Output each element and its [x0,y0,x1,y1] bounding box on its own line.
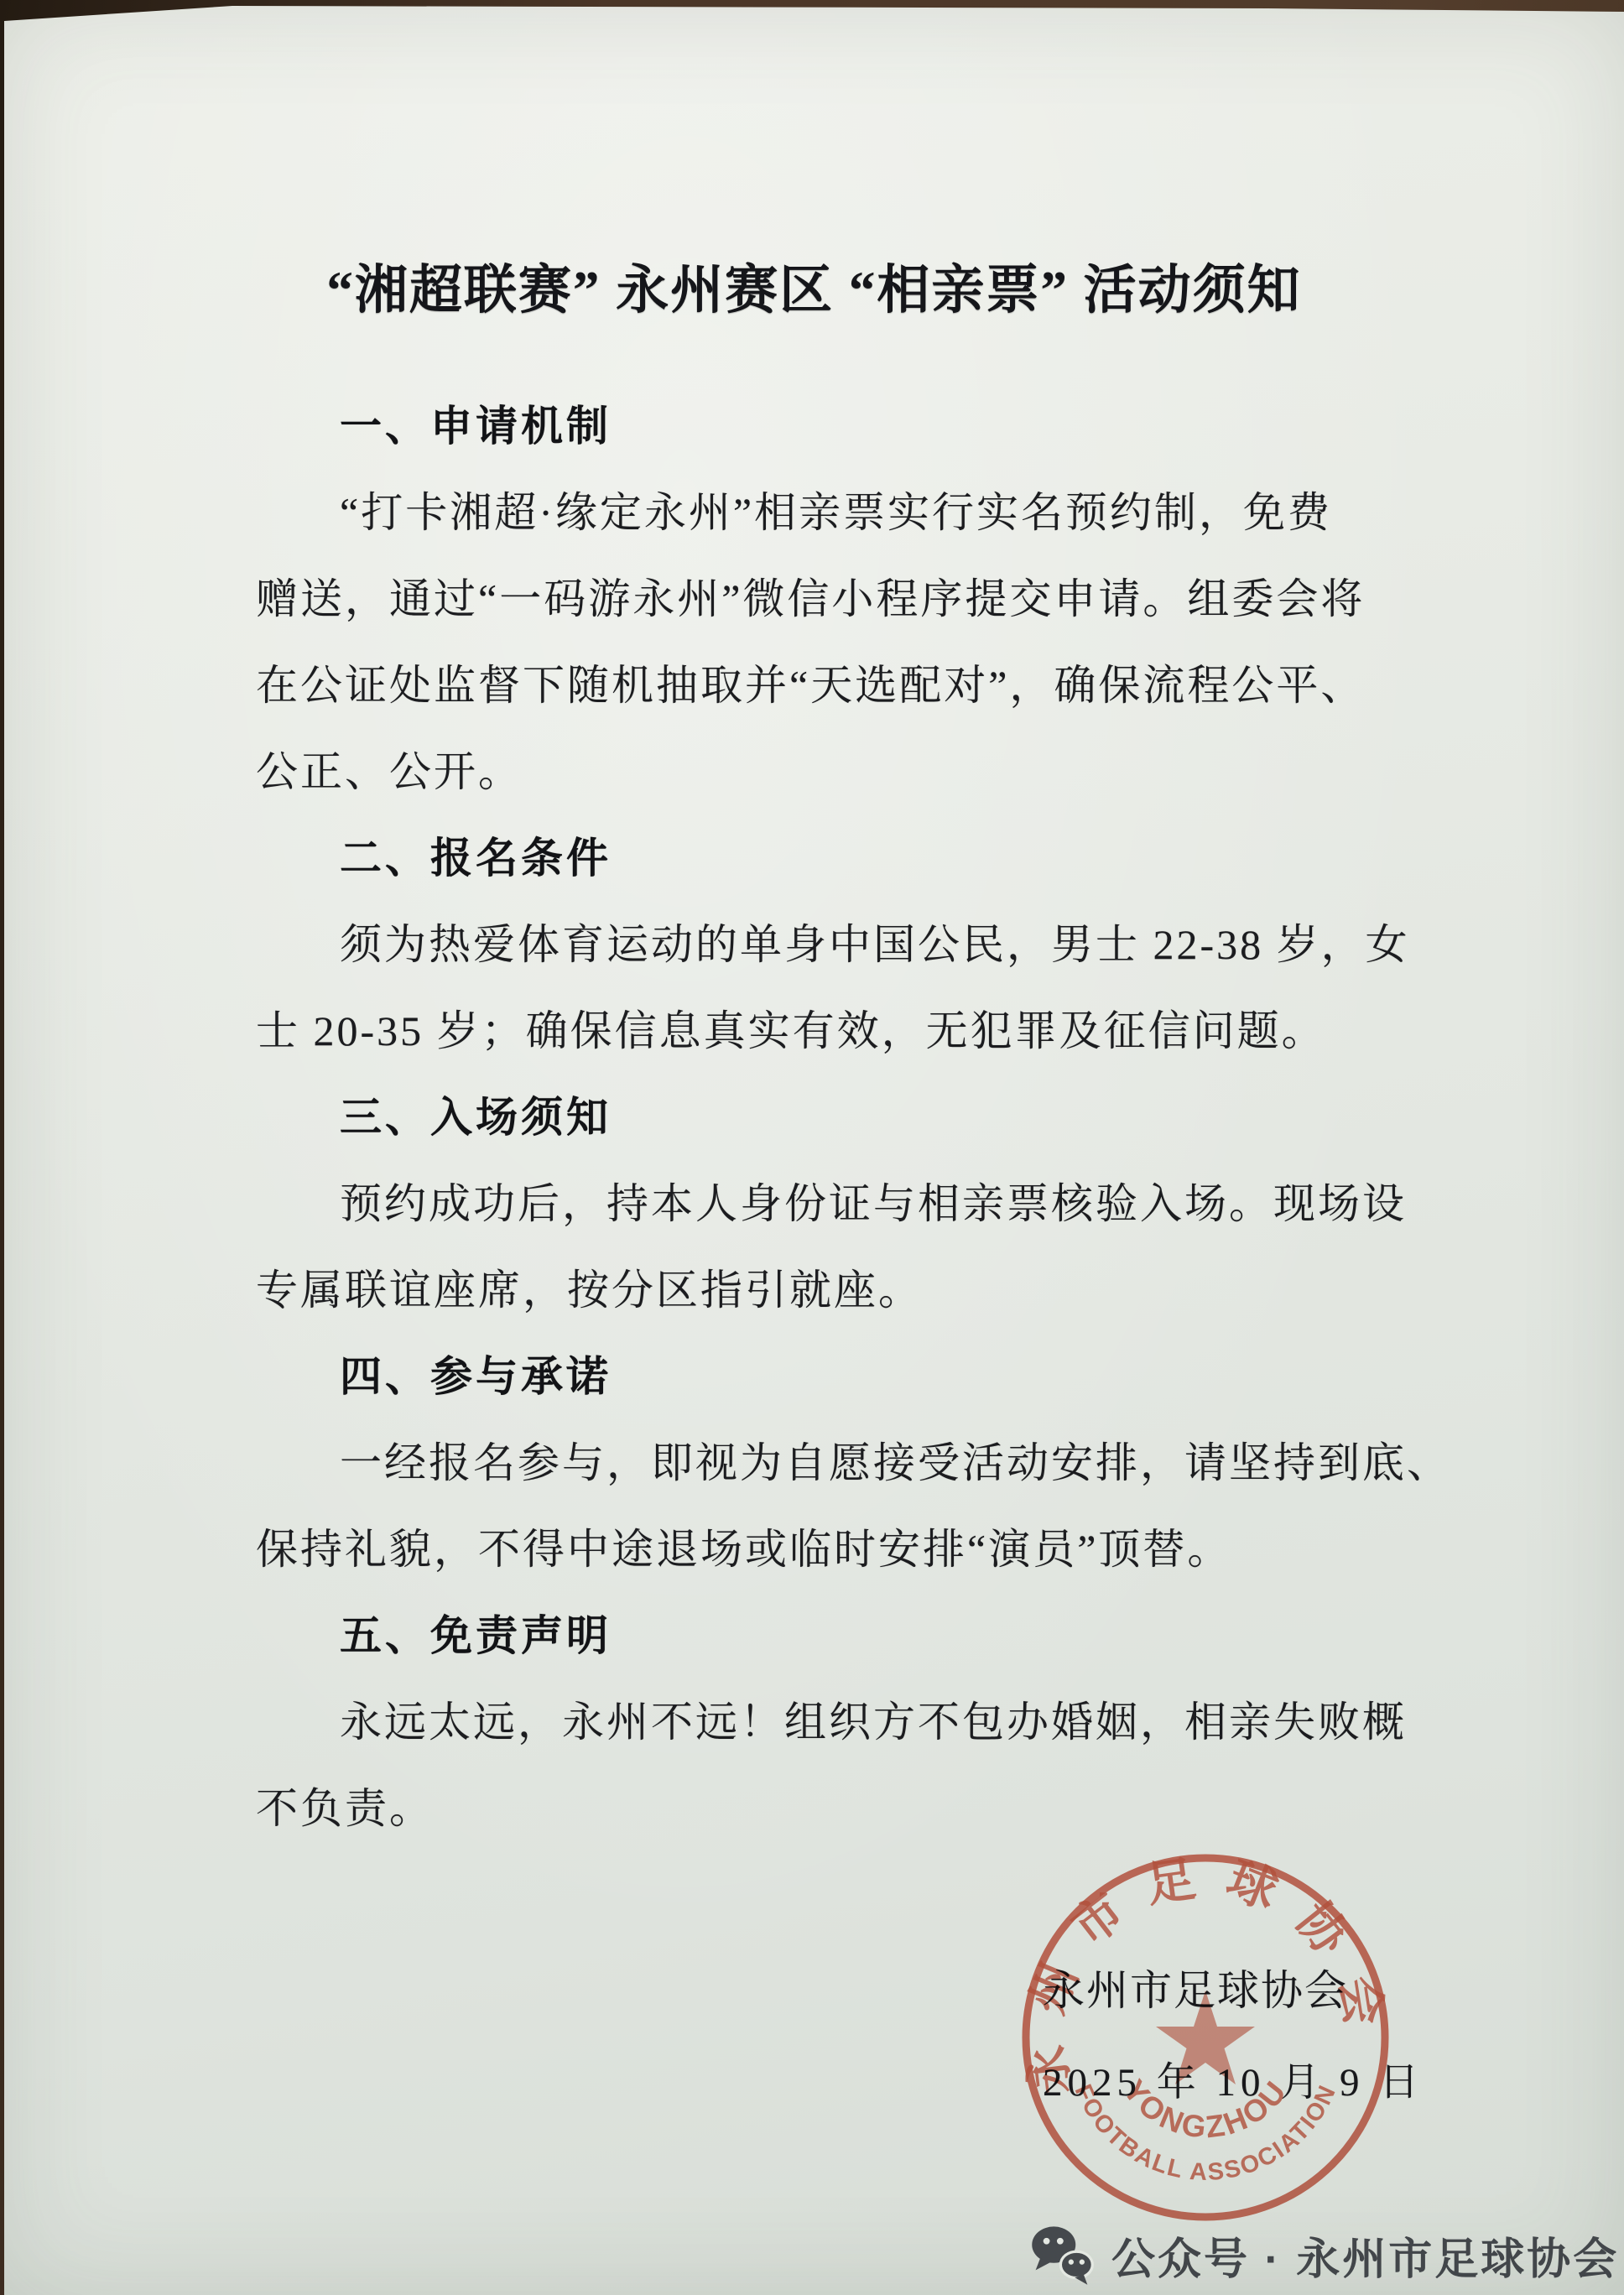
official-seal: 永州市足球协会 YONGZHOU FOOTBALL ASSOCIATION [1016,1848,1395,2227]
text-line: 预约成功后，持本人身份证与相亲票核验入场。现场设 [256,1161,1497,1247]
text-line: 士 20-35 岁；确保信息真实有效，无犯罪及征信问题。 [256,988,1497,1075]
section-paragraph-4: 一经报名参与，即视为自愿接受活动安排，请坚持到底、保持礼貌，不得中途退场或临时安… [256,1420,1497,1593]
document-body: 一、申请机制 “打卡湘超·缘定永州”相亲票实行实名预约制，免费赠送，通过“一码游… [256,383,1497,1852]
section-heading-3: 三、入场须知 [256,1075,1497,1161]
seal-star-icon [1156,1991,1255,2084]
document-title: “湘超联赛” 永州赛区 “相亲票” 活动须知 [4,247,1624,324]
text-line: 在公证处监督下随机抽取并“天选配对”，确保流程公平、 [256,643,1497,729]
footer-label: 公众号 · 永州市足球协会 [1111,2224,1619,2287]
text-line: 公正、公开。 [256,729,1497,815]
text-line: 保持礼貌，不得中途退场或临时安排“演员”顶替。 [256,1507,1497,1593]
text-line: 不负责。 [256,1766,1497,1852]
paper-sheet: “湘超联赛” 永州赛区 “相亲票” 活动须知 一、申请机制 “打卡湘超·缘定永州… [4,6,1624,2295]
text-line: 永远太远，永州不远！组织方不包办婚姻，相亲失败概 [256,1679,1497,1766]
wechat-icon [1029,2222,1095,2287]
text-line: “打卡湘超·缘定永州”相亲票实行实名预约制，免费 [256,470,1497,556]
seal-org-en-line1-arc: YONGZHOU [1116,2074,1294,2145]
text-line: 一经报名参与，即视为自愿接受活动安排，请坚持到底、 [256,1420,1497,1507]
photo-of-document: { "document": { "title": "“湘超联赛” 永州赛区 “相… [0,0,1624,2295]
section-paragraph-3: 预约成功后，持本人身份证与相亲票核验入场。现场设专属联谊座席，按分区指引就座。 [256,1161,1497,1334]
text-line: 赠送，通过“一码游永州”微信小程序提交申请。组委会将 [256,556,1497,643]
text-line: 专属联谊座席，按分区指引就座。 [256,1247,1497,1334]
wechat-footer: 公众号 · 永州市足球协会 [1029,2222,1619,2287]
section-paragraph-1: “打卡湘超·缘定永州”相亲票实行实名预约制，免费赠送，通过“一码游永州”微信小程… [256,470,1497,815]
section-heading-2: 二、报名条件 [256,815,1497,902]
section-paragraph-2: 须为热爱体育运动的单身中国公民，男士 22-38 岁，女士 20-35 岁；确保… [256,902,1497,1075]
text-line: 须为热爱体育运动的单身中国公民，男士 22-38 岁，女 [256,902,1497,988]
section-heading-5: 五、免责声明 [256,1593,1497,1679]
section-heading-1: 一、申请机制 [256,383,1497,470]
section-paragraph-5: 永远太远，永州不远！组织方不包办婚姻，相亲失败概不负责。 [256,1679,1497,1852]
section-heading-4: 四、参与承诺 [256,1334,1497,1420]
